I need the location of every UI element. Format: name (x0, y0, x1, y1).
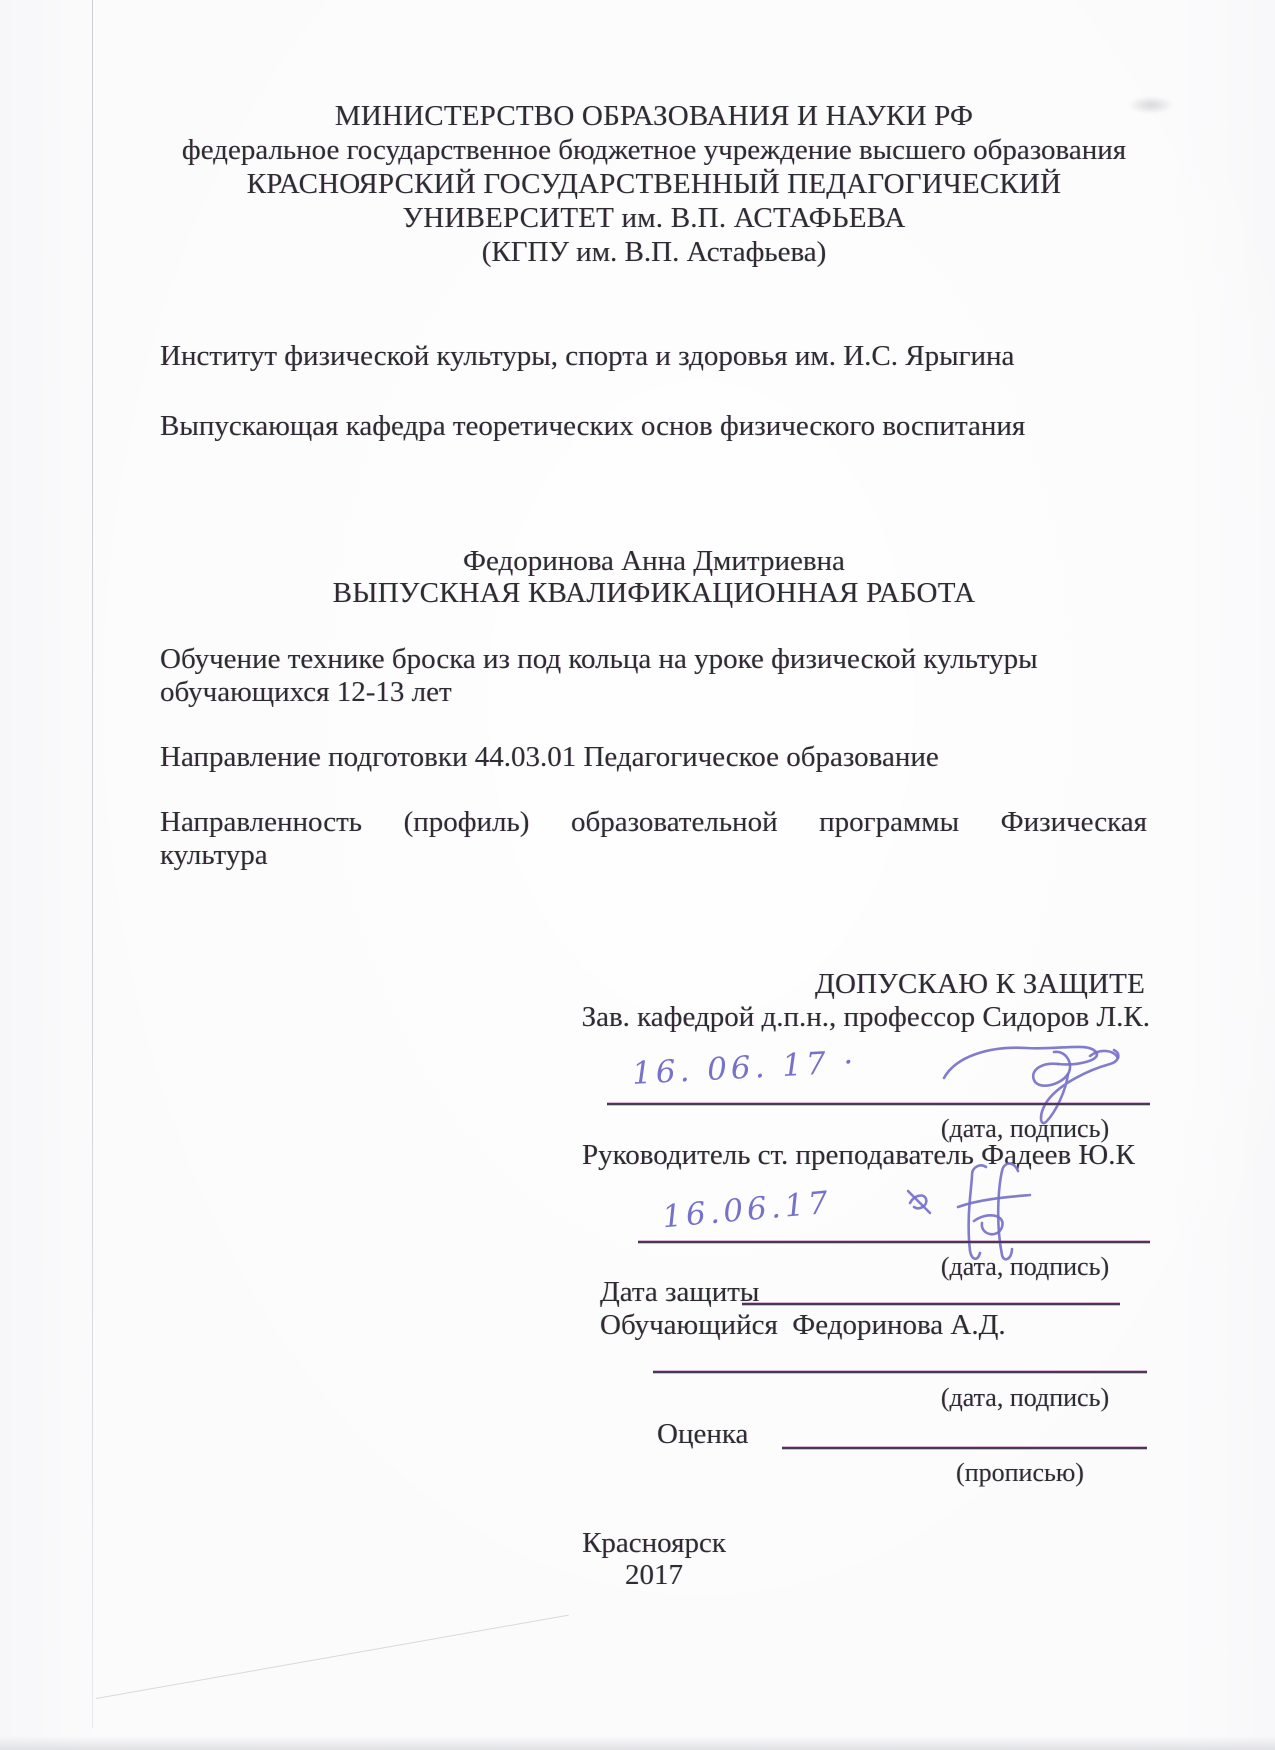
head-of-dept-signature (938, 1030, 1128, 1125)
approval-heading: ДОПУСКАЮ К ЗАЩИТЕ (815, 968, 1145, 1001)
signature-caption-3: (дата, подпись) (935, 1381, 1115, 1414)
university-abbrev-line: (КГПУ им. В.П. Астафьева) (160, 236, 1148, 269)
department-line: Выпускающая кафедра теоретических основ … (160, 410, 1025, 443)
grade-label: Оценка (657, 1418, 748, 1451)
supervisor-signature (900, 1155, 1080, 1265)
study-field-line: Направление подготовки 44.03.01 Педагоги… (160, 741, 939, 774)
year-line: 2017 (160, 1559, 1148, 1592)
profile-line1: Направленность (профиль) образовательной… (160, 806, 1147, 839)
author-name: Федоринова Анна Дмитриевна (160, 545, 1148, 578)
defense-date-blank-line (742, 1303, 1120, 1305)
signature-line-2 (638, 1241, 1150, 1243)
thesis-title-line2: обучающихся 12-13 лет (160, 676, 452, 709)
signature-line-3 (653, 1371, 1147, 1373)
defense-date-label: Дата защиты (600, 1276, 759, 1309)
thesis-title-line1: Обучение технике броска из под кольца на… (160, 643, 1038, 676)
ministry-line: МИНИСТЕРСТВО ОБРАЗОВАНИЯ И НАУКИ РФ (160, 100, 1148, 133)
university-name-line1: КРАСНОЯРСКИЙ ГОСУДАРСТВЕННЫЙ ПЕДАГОГИЧЕС… (160, 168, 1148, 201)
crease-artifact (96, 1615, 569, 1699)
work-type-title: ВЫПУСКНАЯ КВАЛИФИКАЦИОННАЯ РАБОТА (160, 577, 1148, 610)
university-name-line2: УНИВЕРСИТЕТ им. В.П. АСТАФЬЕВА (160, 202, 1148, 235)
scanned-title-page: МИНИСТЕРСТВО ОБРАЗОВАНИЯ И НАУКИ РФ феде… (0, 0, 1275, 1750)
handwritten-date-2: 16.06.17 (661, 1185, 834, 1236)
student-line: Обучающийся Федоринова А.Д. (600, 1309, 1006, 1342)
grade-blank-line (782, 1447, 1147, 1449)
institute-line: Институт физической культуры, спорта и з… (160, 340, 1014, 373)
signature-caption-2: (дата, подпись) (935, 1250, 1115, 1283)
grade-caption: (прописью) (950, 1456, 1090, 1489)
bottom-edge-shadow (0, 1736, 1275, 1750)
handwritten-date-1: 16. 06. 17 · (631, 1044, 858, 1092)
scan-line-artifact (92, 0, 93, 1728)
institution-type-line: федеральное государственное бюджетное уч… (160, 134, 1148, 167)
signature-line-1 (607, 1103, 1150, 1105)
city-line: Красноярск (160, 1527, 1148, 1560)
profile-line2: культура (160, 839, 268, 872)
